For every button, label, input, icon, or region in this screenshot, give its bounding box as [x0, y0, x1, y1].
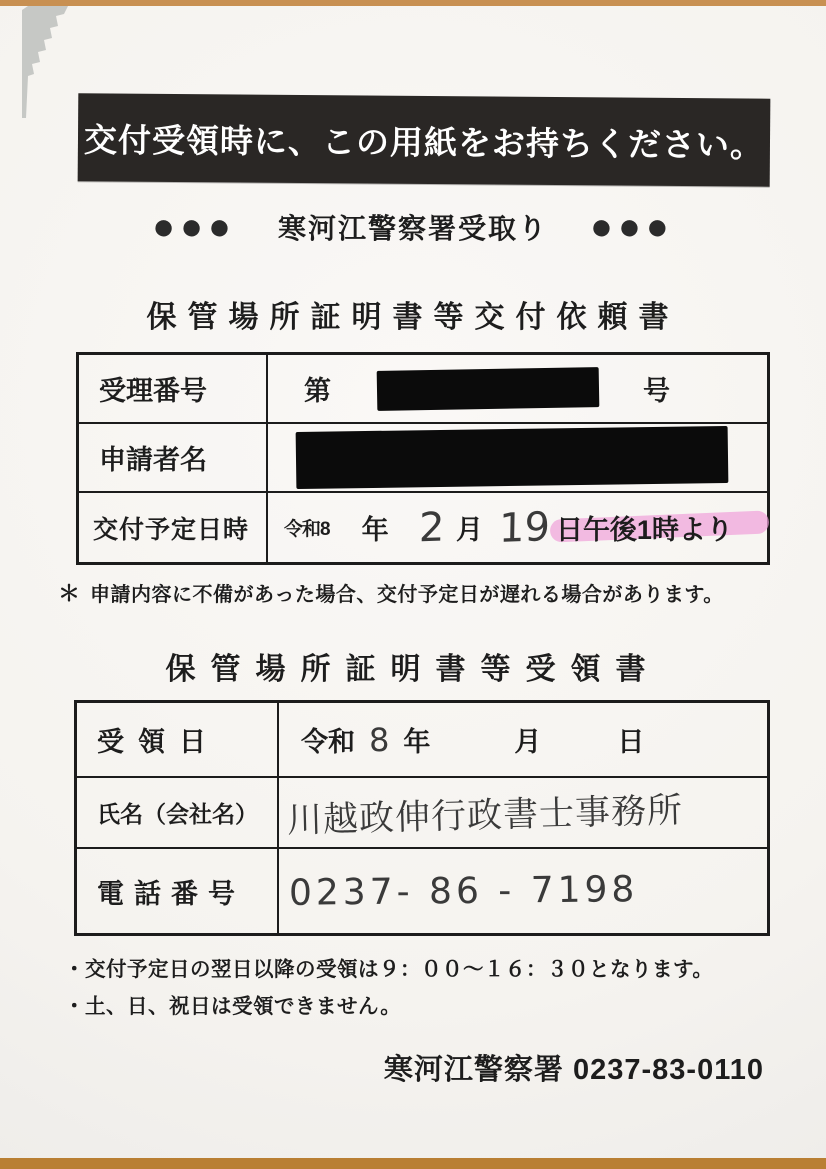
day-unit: 日: [556, 508, 583, 547]
phone-handwritten: 0237- 86 - 7198: [289, 869, 639, 914]
receipt-table: 受領日 令和 8 年 月 日 氏名（会社名） 川越政伸行政書士事務所 電話番号 …: [74, 700, 770, 936]
request-note-text: 申請内容に不備があった場合、交付予定日が遅れる場合があります。: [90, 577, 724, 607]
table-row-applicant: 申請者名: [79, 424, 767, 493]
table-row-receipt-date: 受領日 令和 8 年 月 日: [77, 703, 767, 778]
dots-right: ●●●: [590, 204, 674, 250]
pickup-line: ●●● 寒河江警察署受取り ●●●: [0, 204, 826, 250]
row-value: 第 号: [268, 355, 767, 422]
day-handwritten: 19: [499, 504, 551, 552]
row-value: 令和 8 年 月 日: [279, 703, 767, 776]
receipt-title: 保管場所証明書等受領書: [0, 644, 826, 688]
pickup-label: 寒河江警察署受取り: [278, 207, 548, 247]
request-title: 保管場所証明書等交付依頼書: [0, 292, 826, 336]
year-unit: 年: [403, 720, 430, 759]
request-table: 受理番号 第 号 申請者名 交付予定日時 令和8 年 2 月 19: [76, 352, 770, 565]
row-value: 川越政伸行政書士事務所: [279, 778, 767, 847]
footer-note-1: ・交付予定日の翌日以降の受領は９：００～１６：３０となります。: [64, 951, 713, 988]
number-suffix: 号: [643, 369, 670, 408]
era-year: 令和8: [284, 514, 330, 541]
month-unit: 月: [456, 508, 483, 547]
name-handwritten: 川越政伸行政書士事務所: [286, 782, 683, 842]
row-label: 申請者名: [79, 424, 268, 491]
dots-left: ●●●: [152, 204, 236, 250]
row-label: 交付予定日時: [79, 493, 268, 562]
month-handwritten: 2: [418, 504, 444, 551]
photo-background: 交付受領時に、この用紙をお持ちください。 ●●● 寒河江警察署受取り ●●● 保…: [0, 0, 826, 1169]
station-name: 寒河江警察署: [384, 1054, 564, 1086]
banner: 交付受領時に、この用紙をお持ちください。: [78, 93, 771, 186]
footer-note-2: ・土、日、祝日は受領できません。: [64, 988, 713, 1025]
footer-contact: 寒河江警察署 0237-83-0110: [384, 1047, 764, 1088]
row-value: [268, 424, 767, 491]
row-label: 受理番号: [79, 355, 268, 422]
number-prefix: 第: [304, 369, 331, 408]
row-label: 電話番号: [77, 849, 279, 933]
row-label: 氏名（会社名）: [77, 778, 279, 847]
footer-notes: ・交付予定日の翌日以降の受領は９：００～１６：３０となります。 ・土、日、祝日は…: [64, 951, 713, 1025]
highlighted-time: 日 午後1時より: [556, 508, 733, 547]
row-value: 令和8 年 2 月 19 日 午後1時より: [268, 493, 767, 562]
banner-text: 交付受領時に、この用紙をお持ちください。: [84, 114, 764, 166]
station-phone: 0237-83-0110: [573, 1054, 764, 1086]
asterisk-marker: ＊: [58, 577, 80, 608]
table-row-scheduled-date: 交付予定日時 令和8 年 2 月 19 日 午後1時より: [79, 493, 767, 562]
redaction-box: [377, 367, 600, 411]
row-value: 0237- 86 - 7198: [279, 849, 767, 933]
era-label: 令和: [301, 720, 355, 759]
table-row-phone: 電話番号 0237- 86 - 7198: [77, 849, 767, 933]
table-row-receipt-number: 受理番号 第 号: [79, 355, 767, 424]
year-unit: 年: [362, 508, 389, 547]
day-unit: 日: [617, 720, 644, 759]
redaction-box: [296, 426, 729, 489]
year-handwritten: 8: [368, 720, 390, 759]
table-row-name: 氏名（会社名） 川越政伸行政書士事務所: [77, 778, 767, 849]
time-text: 午後1時より: [583, 508, 733, 547]
request-note: ＊ 申請内容に不備があった場合、交付予定日が遅れる場合があります。: [58, 577, 724, 608]
month-unit: 月: [514, 720, 541, 759]
torn-corner: [14, 6, 84, 124]
row-label: 受領日: [77, 703, 279, 776]
